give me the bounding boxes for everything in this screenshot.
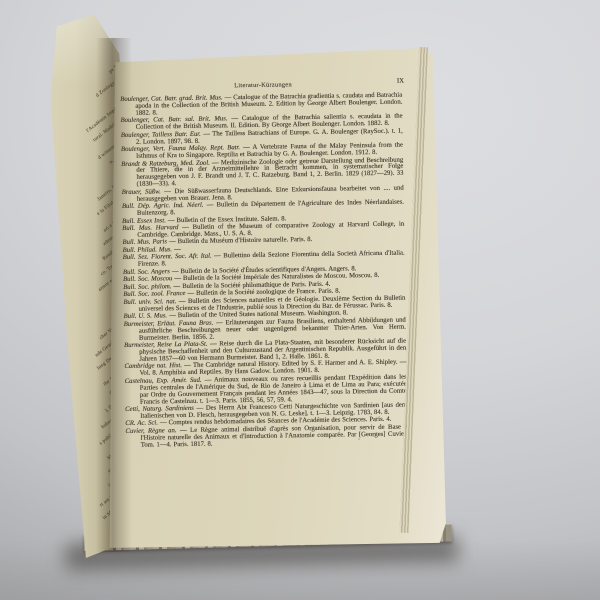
gutter-shadow [96,38,132,552]
entry-description: — [174,246,181,253]
right-page: Literatur-Kürzungen IX Boulenger, Cat. B… [100,44,448,552]
entry-description: — Le Règne animal distribué d'après son … [141,423,408,448]
book-photograph: pe Town. 8.d Zoology (Obs. 4ris. 4.l'Aca… [0,0,600,600]
page-content: Literatur-Kürzungen IX Boulenger, Cat. B… [120,80,412,451]
entry-list: Boulenger, Cat. Batr. grad. Brit. Mus. —… [120,93,408,450]
entry-description: — Bulletin du Muséum d'Histoire naturell… [169,236,312,245]
entry-abbreviation: Bull. Sez. Fiorent. Soc. Afr. Ital. [123,253,212,261]
running-title: Literatur-Kürzungen [120,80,406,91]
page-number: IX [397,78,404,85]
bibliography-entry: Cuvier, Règne an. — Le Règne animal dist… [125,424,407,449]
